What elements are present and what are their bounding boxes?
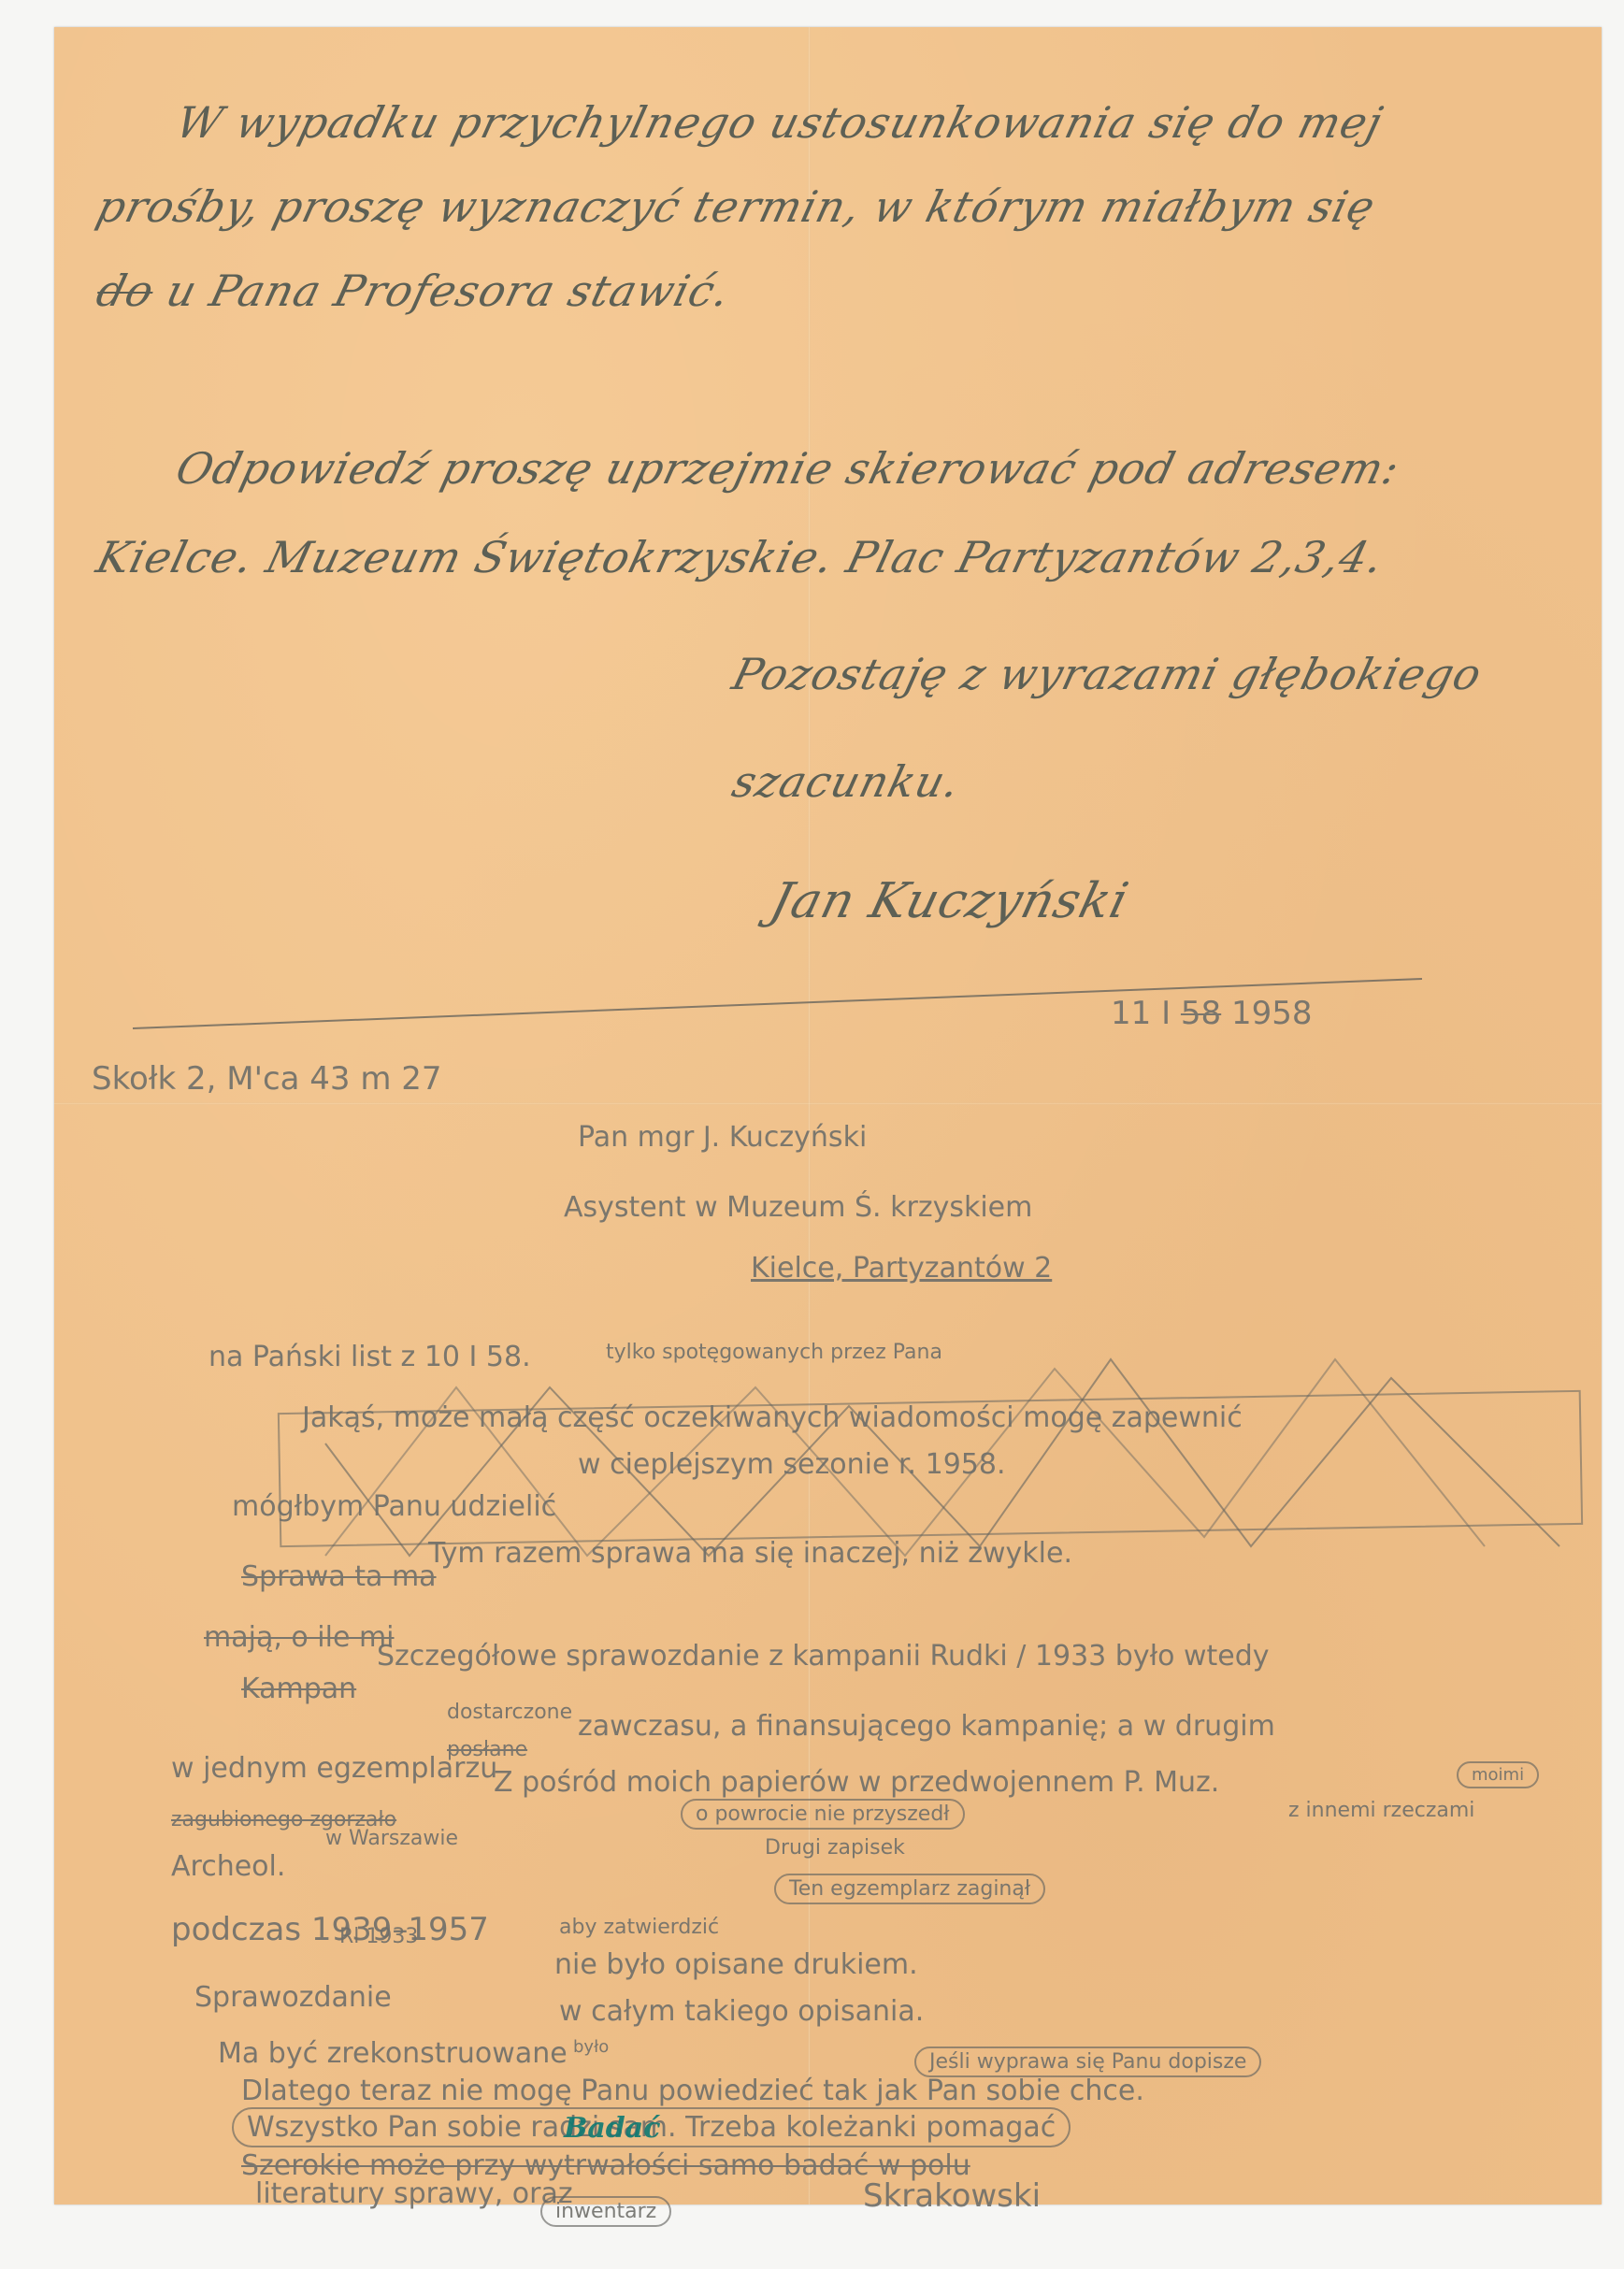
struck-word: do [92,266,160,316]
reply-line-ref: na Pański list z 10 I 58. [208,1341,531,1373]
recipient-line-1: Pan mgr J. Kuczyński [578,1121,867,1154]
reply-line-crossed-1: Jakąś, może małą część oczekiwanych wiad… [302,1401,1243,1434]
reply-circled-moimi: moimi [1457,1761,1539,1788]
horizontal-fold-crease [54,1102,1602,1105]
reply-line-drugi: Drugi zapisek [765,1836,905,1860]
reply-line-ma-byc: Ma być zrekonstruowane [218,2037,568,2070]
letter-reply-address-line: Odpowiedź proszę uprzejmie skierować pod… [171,443,1405,494]
letter-line-3: do u Pana Profesora stawić. [92,266,736,316]
reply-line-dlatego: Dlatego teraz nie mogę Panu powiedzieć t… [241,2075,1144,2107]
reply-line-nie-bylo: nie było opisane drukiem. [554,1948,918,1981]
reply-line-archeol: Archeol. [171,1850,285,1883]
letter-closing-1: Pozostaję z wyrazami głębokiego [727,649,1487,699]
reply-insert-bylo: było [573,2037,609,2057]
reply-line-crossed-2: w cieplejszym sezonie r. 1958. [578,1448,1006,1481]
reply-line-egzemplarz: w jednym egzemplarzu [171,1752,497,1785]
recipient-line-3: Kielce, Partyzantów 2 [751,1252,1052,1285]
reply-circled-inwentarz: inwentarz [540,2196,671,2227]
reply-struck-sprawa: Sprawa ta ma [241,1560,437,1593]
reply-struck-kampan: Kampan [241,1673,356,1705]
letter-line-1: W wypadku przychylnego ustosunkowania si… [171,97,1388,148]
reply-insert-rl1933: Rl 1933 [339,1925,418,1948]
reply-circled-egzemplarz: Ten egzemplarz zaginął [774,1874,1045,1904]
letter-museum-address: Kielce. Muzeum Świętokrzyskie. Plac Part… [92,532,1389,582]
reply-line-zposrod: Z pośród moich papierów w przedwojennem … [494,1766,1219,1799]
reply-line-innemi: z innemi rzeczami [1288,1799,1474,1822]
reply-circled-dopisze: Jeśli wyprawa się Panu dopisze [914,2046,1261,2077]
sender-address: Skołk 2, M'ca 43 m 27 [92,1060,442,1098]
reply-date: 11 I 58 1958 [1111,995,1313,1032]
reply-insert-dostarczone: dostarczone [447,1701,572,1724]
reply-line-sprawozdanie: Szczegółowe sprawozdanie z kampanii Rudk… [377,1640,1270,1673]
recipient-line-2: Asystent w Muzeum Ś. krzyskiem [564,1191,1032,1224]
reply-line-literatury: literatury sprawy, oraz [255,2177,573,2210]
letter-sheet: W wypadku przychylnego ustosunkowania si… [54,27,1602,2204]
reply-line-podczas: podczas 1939–1957 [171,1911,489,1948]
reply-insert-warszawie: w Warszawie [325,1827,458,1850]
reply-circled-powrocie: o powrocie nie przyszedł [681,1799,965,1830]
reply-line-zawczasu: zawczasu, a finansującego kampanię; a w … [578,1710,1275,1743]
reply-struck-maja: mają, o ile mi [204,1621,395,1654]
reply-line-sprawozdanie-2: Sprawozdanie [194,1981,392,2014]
reply-line-calym: w całym takiego opisania. [559,1995,924,2028]
letter-line-2: prośby, proszę wyznaczyć termin, w który… [92,181,1381,232]
teal-highlighted-word: Badać [564,2112,660,2145]
letter-signature: Jan Kuczyński [765,873,1134,929]
reply-line-aby: aby zatwierdzić [559,1916,719,1939]
reply-line-insert: tylko spotęgowanych przez Pana [606,1341,942,1364]
reply-line-crossed-3: mógłbym Panu udzielić [232,1490,556,1523]
letter-closing-2: szacunku. [727,756,966,807]
reply-signature: Skrakowski [863,2177,1041,2215]
reply-line-tym-razem: Tym razem sprawa ma się inaczej, niż zwy… [428,1537,1072,1570]
